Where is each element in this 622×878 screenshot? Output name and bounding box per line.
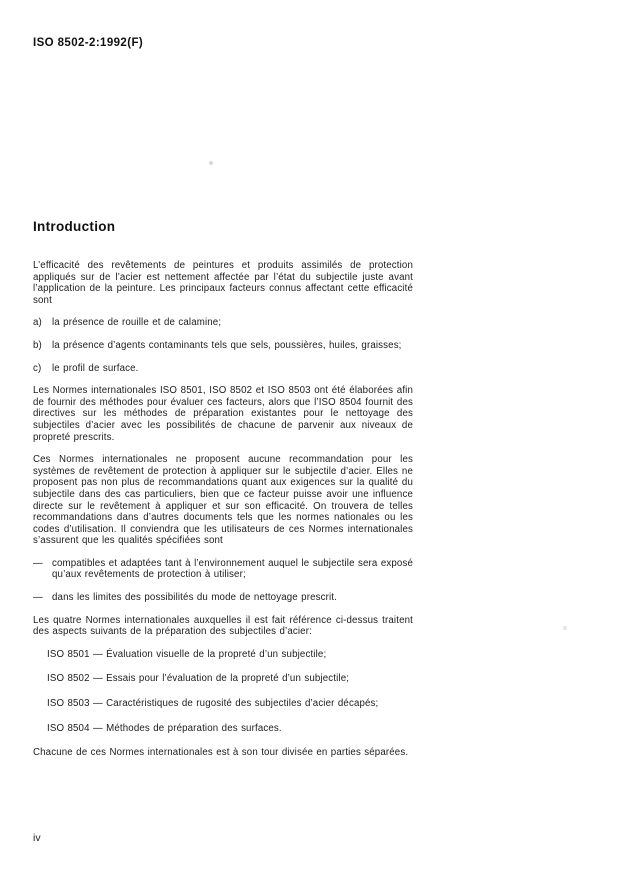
paragraph-recommandations: Ces Normes internationales ne proposent … — [33, 454, 413, 547]
list-item-c: c) le profil de surface. — [33, 363, 413, 375]
section-heading: Introduction — [33, 219, 413, 234]
standard-item-iso-8501: ISO 8501 — Évaluation visuelle de la pro… — [33, 649, 413, 661]
list-marker: a) — [33, 317, 52, 329]
standard-item-iso-8503: ISO 8503 — Caractéristiques de rugosité … — [33, 698, 413, 710]
document-reference: ISO 8502-2:1992(F) — [33, 37, 143, 49]
scan-artifact-speck — [563, 626, 567, 630]
list-item-b: b) la présence d’agents contaminants tel… — [33, 340, 413, 352]
dash-item-limites: — dans les limites des possibilités du m… — [33, 592, 413, 604]
document-page: ISO 8502-2:1992(F) Introduction L’effica… — [0, 0, 622, 878]
paragraph-quatre-normes: Les quatre Normes internationales auxque… — [33, 615, 413, 638]
list-marker: c) — [33, 363, 52, 375]
dash-item-compatibles: — compatibles et adaptées tant à l’envir… — [33, 558, 413, 581]
dash-item-text: compatibles et adaptées tant à l’environ… — [52, 558, 413, 581]
paragraph-chacune: Chacune de ces Normes internationales es… — [33, 747, 413, 759]
introduction-section: Introduction L’efficacité des revêtement… — [33, 219, 413, 759]
paragraph-normes-elaborees: Les Normes internationales ISO 8501, ISO… — [33, 385, 413, 443]
page-number: iv — [33, 832, 41, 844]
scan-artifact-speck — [209, 161, 213, 165]
list-item-a: a) la présence de rouille et de calamine… — [33, 317, 413, 329]
dash-marker: — — [33, 558, 52, 581]
list-item-text: la présence d’agents contaminants tels q… — [52, 340, 413, 352]
standard-item-iso-8504: ISO 8504 — Méthodes de préparation des s… — [33, 723, 413, 735]
dash-marker: — — [33, 592, 52, 604]
list-item-text: la présence de rouille et de calamine; — [52, 317, 413, 329]
list-marker: b) — [33, 340, 52, 352]
list-item-text: le profil de surface. — [52, 363, 413, 375]
dash-item-text: dans les limites des possibilités du mod… — [52, 592, 413, 604]
standard-item-iso-8502: ISO 8502 — Essais pour l’évaluation de l… — [33, 673, 413, 685]
paragraph-efficacite: L’efficacité des revêtements de peinture… — [33, 260, 413, 306]
